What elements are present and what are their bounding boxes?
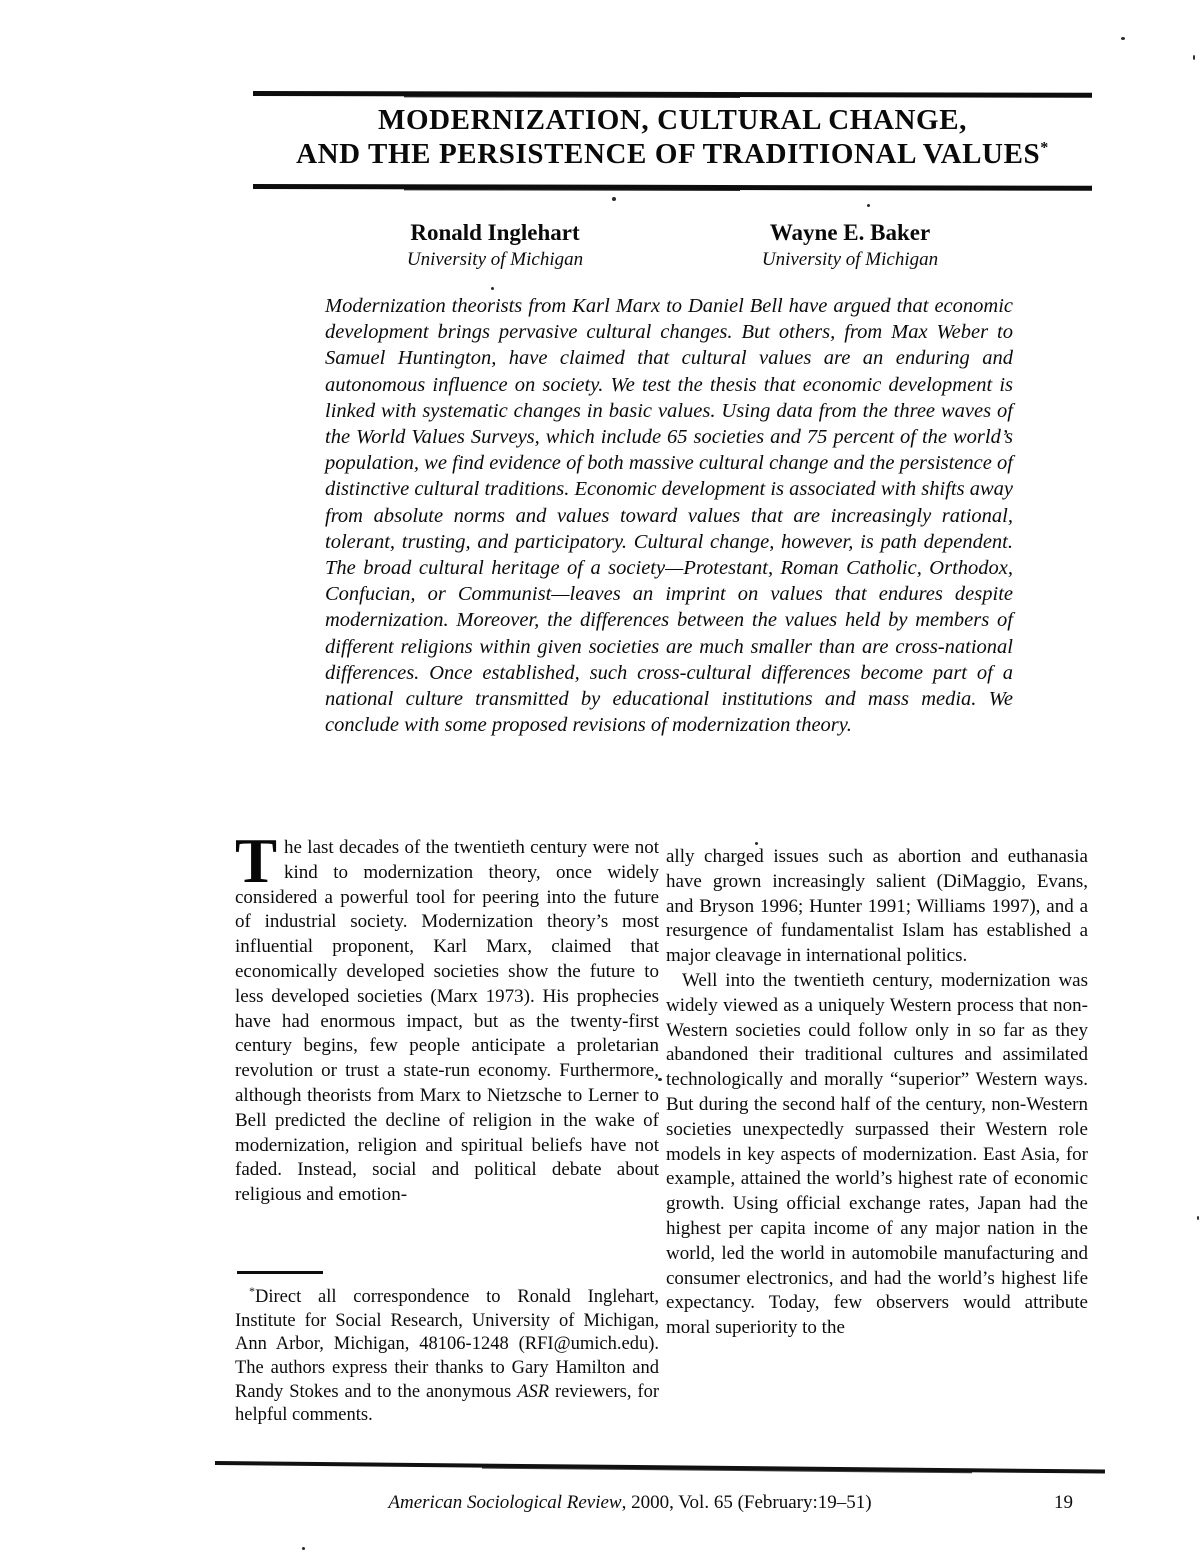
page-footer: American Sociological Review, 2000, Vol.… bbox=[235, 1492, 1085, 1514]
right-column: ally charged issues such as abortion and… bbox=[666, 845, 1088, 1341]
masthead-rule-bottom bbox=[253, 184, 1092, 191]
scan-speck bbox=[1197, 1216, 1199, 1220]
scan-speck bbox=[1193, 55, 1195, 60]
scan-speck bbox=[1121, 37, 1125, 40]
masthead-rule-top bbox=[253, 91, 1092, 98]
author-affiliation: University of Michigan bbox=[680, 249, 1020, 271]
left-column: The last decades of the twentieth centur… bbox=[235, 836, 659, 1208]
title-line-1: MODERNIZATION, CULTURAL CHANGE, bbox=[378, 104, 967, 136]
body-paragraph-1: The last decades of the twentieth centur… bbox=[235, 836, 659, 1208]
page-number: 19 bbox=[1054, 1492, 1073, 1514]
body-paragraph-3: Well into the twentieth century, moderni… bbox=[666, 969, 1088, 1341]
author-block-2: Wayne E. Baker University of Michigan bbox=[680, 220, 1020, 271]
author-affiliation: University of Michigan bbox=[325, 249, 665, 271]
body-paragraph-1-text: he last decades of the twentieth century… bbox=[235, 837, 659, 1205]
title-footnote-marker: * bbox=[1040, 139, 1049, 156]
footnote-journal-abbreviation: ASR bbox=[517, 1382, 549, 1402]
drop-cap: T bbox=[235, 836, 284, 885]
scan-speck bbox=[302, 1547, 305, 1550]
abstract: Modernization theorists from Karl Marx t… bbox=[325, 293, 1013, 738]
correspondence-footnote: *Direct all correspondence to Ronald Ing… bbox=[235, 1280, 659, 1428]
scan-speck bbox=[867, 204, 870, 207]
journal-name: American Sociological Review bbox=[388, 1492, 621, 1513]
journal-citation: American Sociological Review, 2000, Vol.… bbox=[235, 1492, 1085, 1514]
paper-title: MODERNIZATION, CULTURAL CHANGE, AND THE … bbox=[253, 103, 1092, 171]
scan-speck bbox=[755, 842, 758, 845]
author-name: Ronald Inglehart bbox=[325, 220, 665, 246]
footer-rule bbox=[215, 1461, 1105, 1474]
author-name: Wayne E. Baker bbox=[680, 220, 1020, 246]
scan-speck bbox=[658, 1078, 662, 1081]
body-paragraph-2: ally charged issues such as abortion and… bbox=[666, 845, 1088, 969]
title-line-2: AND THE PERSISTENCE OF TRADITIONAL VALUE… bbox=[296, 138, 1040, 170]
scanned-journal-page: MODERNIZATION, CULTURAL CHANGE, AND THE … bbox=[0, 0, 1200, 1560]
citation-details: , 2000, Vol. 65 (February:19–51) bbox=[622, 1492, 872, 1513]
scan-speck bbox=[491, 287, 494, 290]
scan-speck bbox=[612, 197, 616, 201]
footnote-separator-rule bbox=[237, 1271, 323, 1274]
author-block-1: Ronald Inglehart University of Michigan bbox=[325, 220, 665, 271]
